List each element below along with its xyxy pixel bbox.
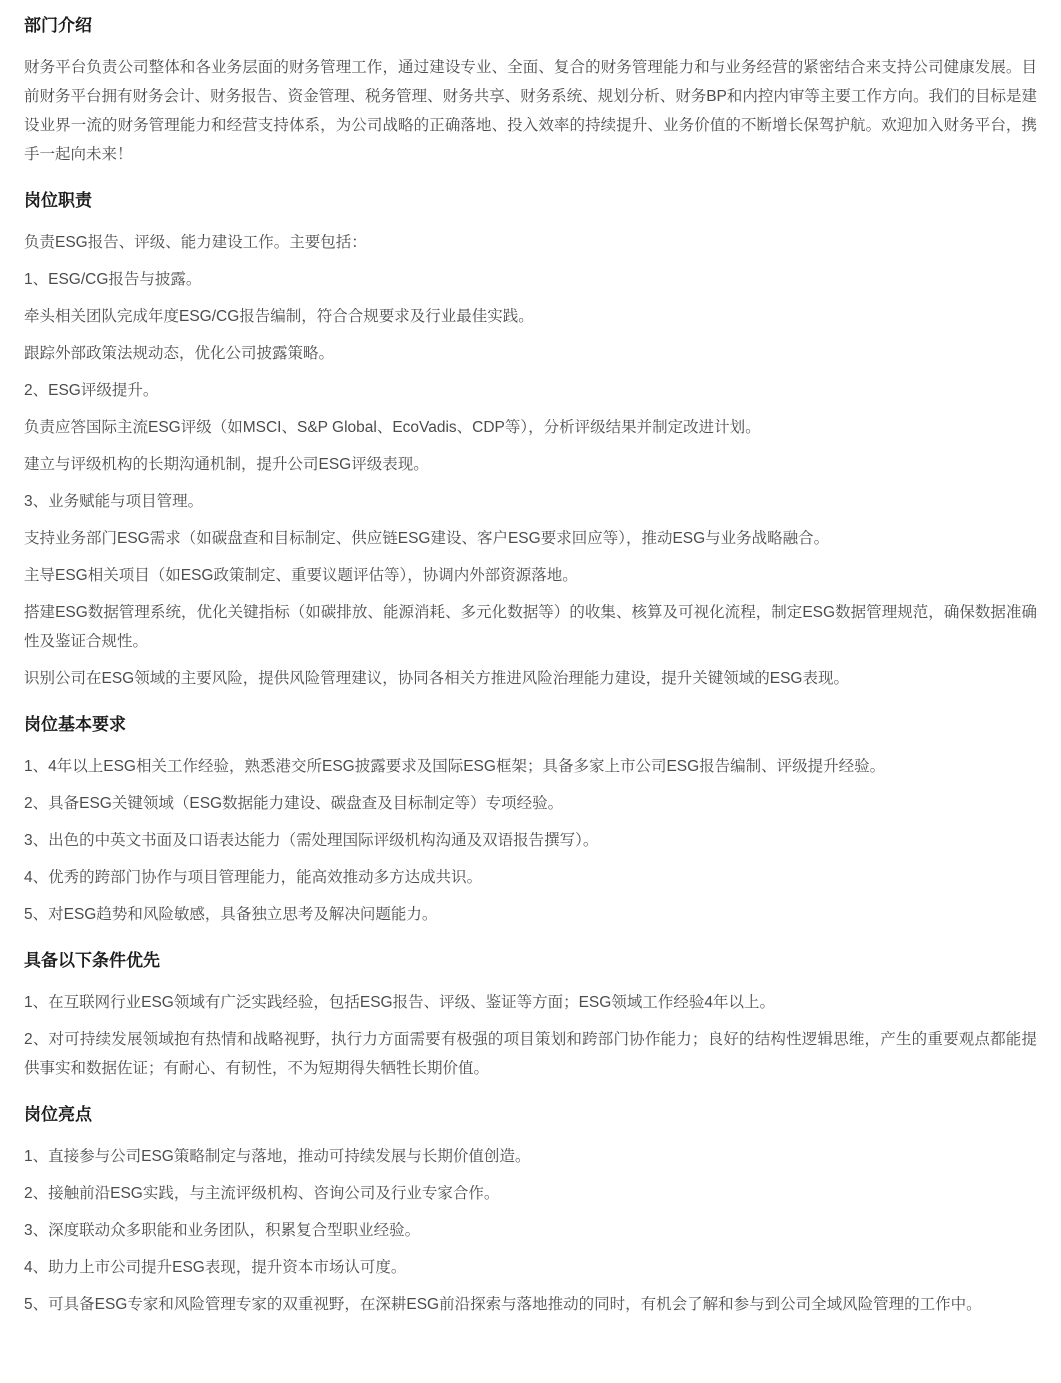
section-heading: 具备以下条件优先 xyxy=(24,949,1037,973)
paragraph: 2、具备ESG关键领域（ESG数据能力建设、碳盘查及目标制定等）专项经验。 xyxy=(24,789,1037,818)
paragraph: 4、优秀的跨部门协作与项目管理能力，能高效推动多方达成共识。 xyxy=(24,863,1037,892)
paragraph: 3、深度联动众多职能和业务团队，积累复合型职业经验。 xyxy=(24,1216,1037,1245)
section-body: 1、4年以上ESG相关工作经验，熟悉港交所ESG披露要求及国际ESG框架；具备多… xyxy=(24,752,1037,929)
paragraph: 识别公司在ESG领域的主要风险，提供风险管理建议，协同各相关方推进风险治理能力建… xyxy=(24,664,1037,693)
paragraph: 搭建ESG数据管理系统，优化关键指标（如碳排放、能源消耗、多元化数据等）的收集、… xyxy=(24,598,1037,656)
paragraph: 2、接触前沿ESG实践，与主流评级机构、咨询公司及行业专家合作。 xyxy=(24,1179,1037,1208)
section-heading: 部门介绍 xyxy=(24,14,1037,38)
paragraph: 负责应答国际主流ESG评级（如MSCI、S&P Global、EcoVadis、… xyxy=(24,413,1037,442)
paragraph: 2、对可持续发展领域抱有热情和战略视野，执行力方面需要有极强的项目策划和跨部门协… xyxy=(24,1025,1037,1083)
section: 岗位职责 负责ESG报告、评级、能力建设工作。主要包括：1、ESG/CG报告与披… xyxy=(24,189,1037,693)
paragraph: 牵头相关团队完成年度ESG/CG报告编制，符合合规要求及行业最佳实践。 xyxy=(24,302,1037,331)
paragraph: 5、可具备ESG专家和风险管理专家的双重视野，在深耕ESG前沿探索与落地推动的同… xyxy=(24,1290,1037,1319)
section-body: 1、在互联网行业ESG领域有广泛实践经验，包括ESG报告、评级、鉴证等方面；ES… xyxy=(24,988,1037,1083)
section-heading: 岗位职责 xyxy=(24,189,1037,213)
section: 具备以下条件优先 1、在互联网行业ESG领域有广泛实践经验，包括ESG报告、评级… xyxy=(24,949,1037,1083)
section-heading: 岗位基本要求 xyxy=(24,713,1037,737)
paragraph: 负责ESG报告、评级、能力建设工作。主要包括： xyxy=(24,228,1037,257)
paragraph: 主导ESG相关项目（如ESG政策制定、重要议题评估等），协调内外部资源落地。 xyxy=(24,561,1037,590)
section-body: 财务平台负责公司整体和各业务层面的财务管理工作，通过建设专业、全面、复合的财务管… xyxy=(24,53,1037,169)
paragraph: 1、4年以上ESG相关工作经验，熟悉港交所ESG披露要求及国际ESG框架；具备多… xyxy=(24,752,1037,781)
paragraph: 3、业务赋能与项目管理。 xyxy=(24,487,1037,516)
paragraph: 5、对ESG趋势和风险敏感，具备独立思考及解决问题能力。 xyxy=(24,900,1037,929)
paragraph: 1、ESG/CG报告与披露。 xyxy=(24,265,1037,294)
paragraph: 3、出色的中英文书面及口语表达能力（需处理国际评级机构沟通及双语报告撰写）。 xyxy=(24,826,1037,855)
paragraph: 1、在互联网行业ESG领域有广泛实践经验，包括ESG报告、评级、鉴证等方面；ES… xyxy=(24,988,1037,1017)
section: 部门介绍 财务平台负责公司整体和各业务层面的财务管理工作，通过建设专业、全面、复… xyxy=(24,14,1037,169)
section-heading: 岗位亮点 xyxy=(24,1103,1037,1127)
paragraph: 1、直接参与公司ESG策略制定与落地，推动可持续发展与长期价值创造。 xyxy=(24,1142,1037,1171)
section-body: 1、直接参与公司ESG策略制定与落地，推动可持续发展与长期价值创造。2、接触前沿… xyxy=(24,1142,1037,1319)
paragraph: 4、助力上市公司提升ESG表现，提升资本市场认可度。 xyxy=(24,1253,1037,1282)
job-description-content: 部门介绍 财务平台负责公司整体和各业务层面的财务管理工作，通过建设专业、全面、复… xyxy=(24,14,1037,1319)
section-body: 负责ESG报告、评级、能力建设工作。主要包括：1、ESG/CG报告与披露。牵头相… xyxy=(24,228,1037,693)
section: 岗位基本要求 1、4年以上ESG相关工作经验，熟悉港交所ESG披露要求及国际ES… xyxy=(24,713,1037,929)
paragraph: 财务平台负责公司整体和各业务层面的财务管理工作，通过建设专业、全面、复合的财务管… xyxy=(24,53,1037,169)
paragraph: 2、ESG评级提升。 xyxy=(24,376,1037,405)
paragraph: 跟踪外部政策法规动态，优化公司披露策略。 xyxy=(24,339,1037,368)
section: 岗位亮点 1、直接参与公司ESG策略制定与落地，推动可持续发展与长期价值创造。2… xyxy=(24,1103,1037,1319)
job-description-page: 部门介绍 财务平台负责公司整体和各业务层面的财务管理工作，通过建设专业、全面、复… xyxy=(0,0,1061,1383)
paragraph: 建立与评级机构的长期沟通机制，提升公司ESG评级表现。 xyxy=(24,450,1037,479)
paragraph: 支持业务部门ESG需求（如碳盘查和目标制定、供应链ESG建设、客户ESG要求回应… xyxy=(24,524,1037,553)
